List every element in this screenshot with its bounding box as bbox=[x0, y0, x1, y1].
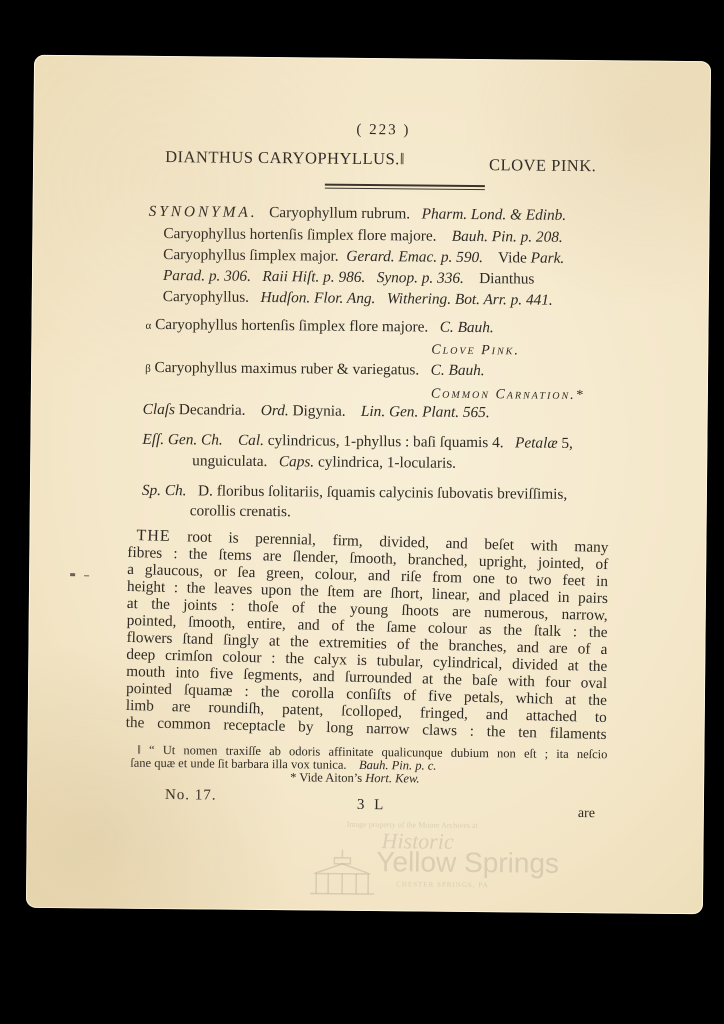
synonyma-label: SYNONYMA. bbox=[149, 203, 258, 221]
archive-watermark: Image property of the Moore Archives at … bbox=[34, 55, 711, 61]
capsule-text: cylindrica, 1-locularis. bbox=[318, 454, 456, 472]
synonym-ref: Gerard. Emac. p. 590. bbox=[346, 248, 483, 266]
catchword: are bbox=[578, 805, 595, 823]
order-value: Digynia. bbox=[292, 402, 345, 420]
variety-beta: β Caryophyllus maximus ruber & variegatu… bbox=[145, 359, 485, 381]
linnaeus-ref: Lin. Gen. Plant. 565. bbox=[361, 403, 490, 421]
variety-marker: β bbox=[145, 363, 151, 375]
essential-character-label: Eſſ. Gen. Ch. bbox=[142, 431, 222, 449]
synonym-ref: Bauh. Pin. p. 208. bbox=[452, 228, 563, 246]
variety-marker: α bbox=[145, 320, 151, 332]
footnote-text: * Vide Aiton’s bbox=[290, 770, 362, 785]
petalae-label: Petalæ bbox=[515, 434, 558, 451]
variety-ref: C. Bauh. bbox=[440, 319, 494, 337]
ink-speck bbox=[84, 575, 89, 576]
header-rule-bottom bbox=[325, 188, 485, 191]
specific-character-line-1: Sp. Ch. D. floribus ſolitariis, ſquamis … bbox=[142, 482, 567, 504]
description-body: THE root is perennial, firm, divided, an… bbox=[34, 55, 711, 61]
footnote-line-3: * Vide Aiton’s Hort. Kew. bbox=[290, 770, 420, 785]
synonym-ref: Withering. Bot. Arr. p. 441. bbox=[387, 290, 553, 309]
synonyma-line-1: SYNONYMA. Caryophyllum rubrum. Pharm. Lo… bbox=[149, 203, 567, 225]
synonyma-line-2: Caryophyllus hortenſis ſimplex flore maj… bbox=[163, 225, 563, 247]
essential-character-line-2: unguiculata. Caps. cylindrica, 1-locular… bbox=[192, 452, 456, 473]
synonyma-line-3: Caryophyllus ſimplex major. Gerard. Emac… bbox=[163, 246, 564, 268]
synonyma-line-4: Parad. p. 306. Raii Hiſt. p. 986. Synop.… bbox=[163, 267, 535, 289]
ink-speck bbox=[70, 573, 75, 576]
synonym-ref: Parad. p. 306. bbox=[163, 267, 251, 285]
footnote-line-2: ſane quæ et unde ſit barbara illa vox tu… bbox=[130, 756, 436, 773]
petalae-value: 5, bbox=[561, 435, 573, 452]
synonyma-line-5: Caryophyllus. Hudſon. Flor. Ang. Witheri… bbox=[163, 288, 553, 310]
capsule-label: Caps. bbox=[279, 453, 314, 470]
body-lead-word: THE bbox=[136, 527, 171, 545]
synonym-text: Caryophyllus ſimplex major. bbox=[163, 246, 339, 265]
footnote-ref: Hort. Kew. bbox=[365, 771, 419, 786]
synonym-ref: Synop. p. 336. bbox=[377, 269, 464, 287]
page-number: ( 223 ) bbox=[356, 121, 410, 140]
class-label: Claſs bbox=[143, 401, 175, 418]
variety-text: Caryophyllus maximus ruber & variegatus. bbox=[154, 359, 419, 379]
classification-line: Claſs Decandria. Ord. Digynia. Lin. Gen.… bbox=[143, 401, 490, 422]
calyx-text: cylindricus, 1-phyllus : baſi ſquamis 4. bbox=[268, 432, 504, 451]
plate-number: No. 17. bbox=[165, 786, 217, 804]
signature-mark: 3 L bbox=[357, 796, 387, 814]
essential-character-line-1: Eſſ. Gen. Ch. Cal. cylindricus, 1-phyllu… bbox=[142, 431, 573, 453]
calyx-label: Cal. bbox=[238, 432, 264, 449]
variety-ref: C. Bauh. bbox=[431, 362, 485, 380]
specific-character-line-2: corollis crenatis. bbox=[190, 502, 291, 521]
header-rule-top bbox=[325, 184, 485, 188]
synonym-text: Vide bbox=[498, 249, 527, 266]
specific-character-text: D. floribus ſolitariis, ſquamis calycini… bbox=[198, 482, 567, 503]
variety-beta-common-name: Common Carnation.* bbox=[431, 386, 585, 405]
synonym-ref: Hudſon. Flor. Ang. bbox=[260, 289, 375, 307]
variety-text: Caryophyllus hortenſis ſimplex flore maj… bbox=[155, 316, 428, 336]
header-latin-name: DIANTHUS CARYOPHYLLUS.‖ bbox=[165, 148, 405, 168]
footnote-text: ſane quæ et unde ſit barbara illa vox tu… bbox=[130, 756, 346, 772]
class-value: Decandria. bbox=[179, 401, 246, 419]
synonym-text: Caryophyllum rubrum. bbox=[269, 204, 410, 222]
synonym-text: Caryophyllus. bbox=[163, 288, 249, 306]
specific-character-label: Sp. Ch. bbox=[142, 482, 187, 499]
book-page: ( 223 ) DIANTHUS CARYOPHYLLUS.‖ CLOVE PI… bbox=[26, 55, 711, 914]
synonym-text: Caryophyllus hortenſis ſimplex flore maj… bbox=[163, 225, 436, 245]
variety-alpha: α Caryophyllus hortenſis ſimplex flore m… bbox=[145, 316, 493, 338]
synonyma-block: SYNONYMA. Caryophyllum rubrum. Pharm. Lo… bbox=[34, 55, 711, 61]
watermark-line-4: CHESTER SPRINGS, PA bbox=[396, 880, 489, 889]
petals-text: unguiculata. bbox=[192, 452, 267, 470]
synonym-ref: Raii Hiſt. p. 986. bbox=[262, 268, 365, 286]
synonym-ref: Park. bbox=[531, 250, 565, 267]
watermark-line-3: Yellow Springs bbox=[376, 846, 559, 880]
synonym-text: Dianthus bbox=[479, 270, 534, 288]
order-label: Ord. bbox=[261, 402, 289, 419]
gazebo-icon bbox=[306, 847, 378, 898]
variety-alpha-common-name: Clove Pink. bbox=[431, 342, 520, 361]
header-common-name: CLOVE PINK. bbox=[489, 156, 596, 175]
synonym-ref: Pharm. Lond. & Edinb. bbox=[422, 205, 567, 223]
